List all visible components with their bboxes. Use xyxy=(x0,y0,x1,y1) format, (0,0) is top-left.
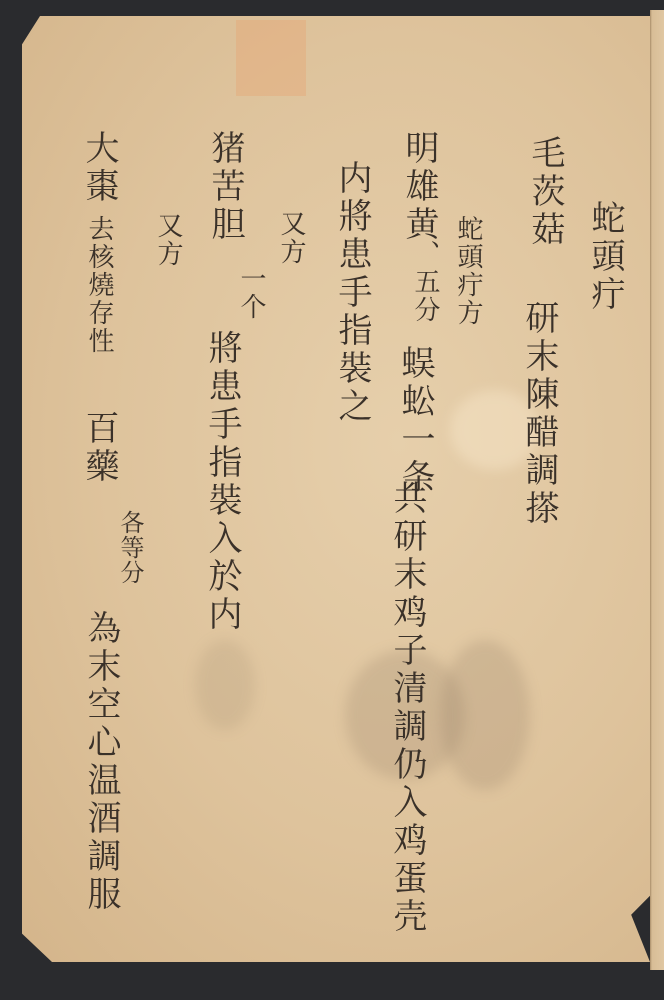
column-ingredient: 明雄黄 xyxy=(402,130,436,244)
column-recipe-heading: 蛇頭疔方 xyxy=(455,215,481,327)
adjacent-page-edge xyxy=(650,10,664,970)
column-instruction: 為末空心温酒調服 xyxy=(84,610,118,914)
column-ingredient: 毛茨菇 xyxy=(528,135,562,249)
column-ingredient: 大棗 xyxy=(82,130,116,206)
column-instruction: 將患手指裝入於内 xyxy=(205,330,239,634)
water-stain xyxy=(440,640,530,790)
faded-seal-stamp xyxy=(236,20,306,96)
column-instruction: 研末陳醋調搽 xyxy=(522,300,556,528)
column-ingredient: 猪苦胆 xyxy=(208,130,242,244)
column-dosage-note: 一个 xyxy=(238,265,264,321)
column-ingredient: 百藥 xyxy=(82,410,116,486)
column-preparation-note: 去核燒存性 xyxy=(86,215,112,355)
column-title: 蛇頭疔 xyxy=(588,200,622,314)
column-instruction: 共研末鸡子清調仍入鸡蛋壳 xyxy=(390,480,424,936)
column-alt-recipe-heading: 又方 xyxy=(278,210,304,266)
column-dosage-note: 、五分 xyxy=(412,240,438,324)
column-alt-recipe-heading: 又方 xyxy=(155,212,181,268)
column-dosage-note: 各等分 xyxy=(118,510,142,585)
column-ingredient: 蜈蚣一条 xyxy=(398,345,432,497)
water-stain xyxy=(195,640,255,730)
column-instruction: 内將患手指裝之 xyxy=(335,160,369,426)
